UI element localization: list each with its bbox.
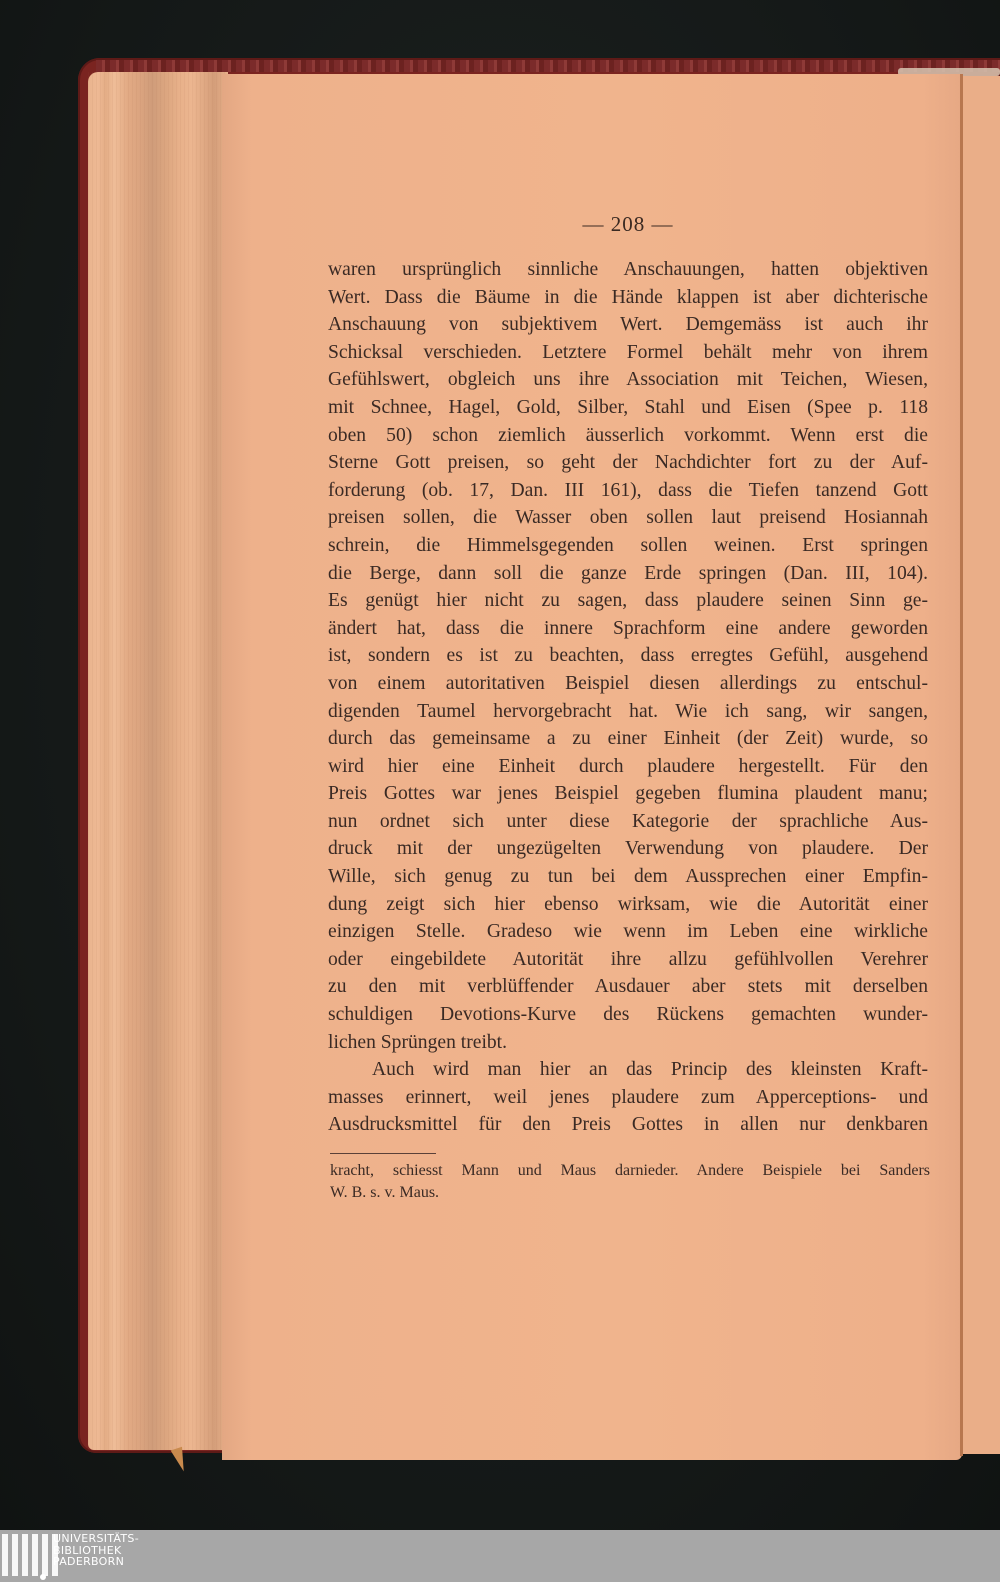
text-line: oder eingebildete Autorität ihre allzu g… — [328, 946, 928, 974]
text-line: lichen Sprüngen treibt. — [328, 1029, 928, 1057]
text-line: preisen sollen, die Wasser oben sollen l… — [328, 504, 928, 532]
text-line: ist, sondern es ist zu beachten, dass er… — [328, 642, 928, 670]
library-footer-bar — [0, 1530, 1000, 1582]
text-line: forderung (ob. 17, Dan. III 161), dass d… — [328, 477, 928, 505]
footnote-divider — [330, 1153, 436, 1154]
text-line: wird hier eine Einheit durch plaudere he… — [328, 753, 928, 781]
text-line-paragraph-start: Auch wird man hier an das Princip des kl… — [328, 1056, 928, 1084]
text-line: zu den mit verblüffender Ausdauer aber s… — [328, 973, 928, 1001]
library-name-line: UNIVERSITÄTS- — [53, 1533, 139, 1545]
page-stack-lines — [88, 72, 228, 1450]
footnote-line: W. B. s. v. Maus. — [330, 1182, 930, 1204]
text-line: Anschauung von subjektivem Wert. Demgemä… — [328, 311, 928, 339]
library-name-line: PADERBORN — [53, 1556, 139, 1568]
book-cover-top-edge — [96, 60, 1000, 72]
text-line: Gefühlswert, obgleich uns ihre Associati… — [328, 366, 928, 394]
text-line: die Berge, dann soll die ganze Erde spri… — [328, 560, 928, 588]
text-line: Sterne Gott preisen, so geht der Nachdic… — [328, 449, 928, 477]
text-line: schuldigen Devotions-Kurve des Rückens g… — [328, 1001, 928, 1029]
text-line: schrein, die Himmelsgegenden sollen wein… — [328, 532, 928, 560]
footnote: kracht, schiesst Mann und Maus darnieder… — [330, 1160, 930, 1204]
text-line: Wille, sich genug zu tun bei dem Ausspre… — [328, 863, 928, 891]
library-logo-icon — [2, 1534, 58, 1578]
text-line: mit Schnee, Hagel, Gold, Silber, Stahl u… — [328, 394, 928, 422]
text-line: masses erinnert, weil jenes plaudere zum… — [328, 1084, 928, 1112]
text-line: Ausdrucksmittel für den Preis Gottes in … — [328, 1111, 928, 1139]
text-line: von einem autoritativen Beispiel diesen … — [328, 670, 928, 698]
library-logo-dot-icon — [40, 1574, 46, 1580]
footnote-line: kracht, schiesst Mann und Maus darnieder… — [330, 1160, 930, 1182]
text-line: waren ursprünglich sinnliche Anschauunge… — [328, 256, 928, 284]
text-line: Preis Gottes war jenes Beispiel gegeben … — [328, 780, 928, 808]
text-line: digenden Taumel hervorgebracht hat. Wie … — [328, 698, 928, 726]
text-line: druck mit der ungezügelten Verwendung vo… — [328, 835, 928, 863]
text-line: Es genügt hier nicht zu sagen, dass plau… — [328, 587, 928, 615]
text-line: nun ordnet sich unter diese Kategorie de… — [328, 808, 928, 836]
text-line: durch das gemeinsame a zu einer Einheit … — [328, 725, 928, 753]
text-line: Schicksal verschieden. Letztere Formel b… — [328, 339, 928, 367]
page-number: — 208 — — [563, 212, 693, 237]
text-line: einzigen Stelle. Gradeso wie wenn im Leb… — [328, 918, 928, 946]
text-line: Wert. Dass die Bäume in die Hände klappe… — [328, 284, 928, 312]
library-name: UNIVERSITÄTS- BIBLIOTHEK PADERBORN — [53, 1533, 139, 1568]
text-line: dung zeigt sich hier ebenso wirksam, wie… — [328, 891, 928, 919]
facing-page-edge — [963, 76, 1000, 1454]
text-line: oben 50) schon ziemlich äusserlich vorko… — [328, 422, 928, 450]
body-text: waren ursprünglich sinnliche Anschauunge… — [328, 256, 928, 1139]
text-line: ändert hat, dass die innere Sprachform e… — [328, 615, 928, 643]
